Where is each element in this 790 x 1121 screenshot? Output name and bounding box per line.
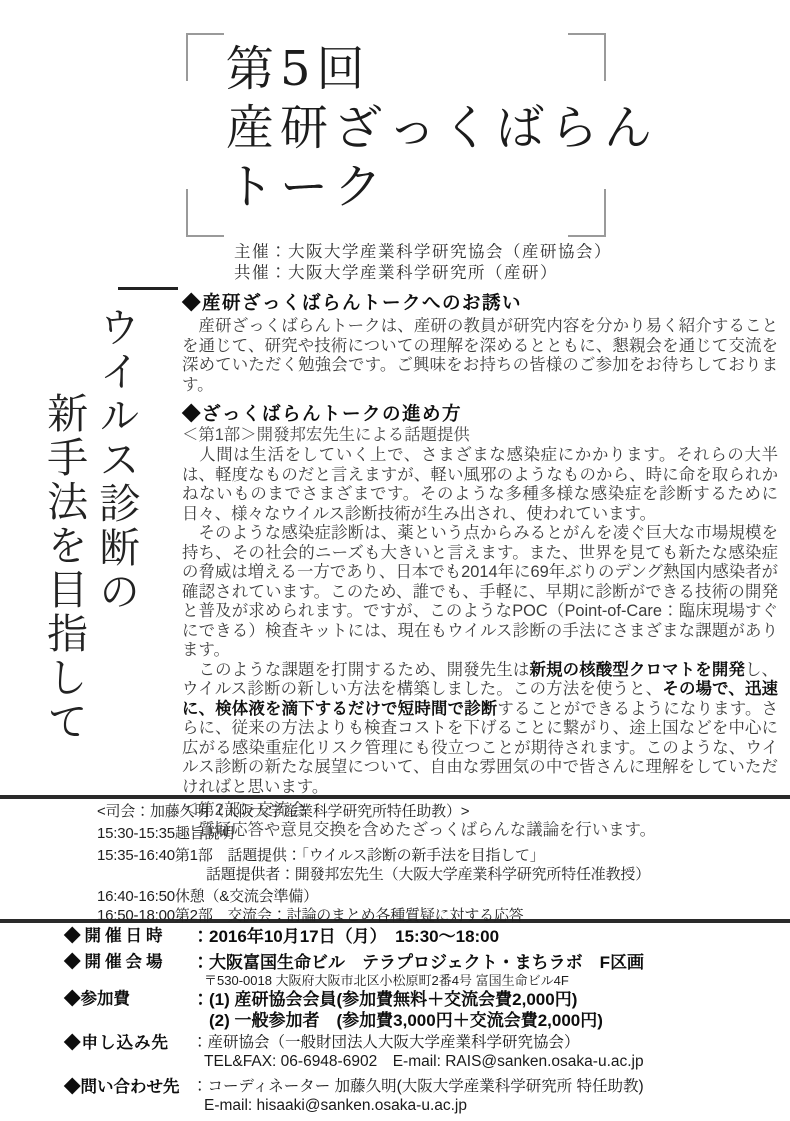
- info-row-apply: ◆申し込み先 ：産研協会（一般財団法人大阪大学産業科学研究協会） TEL&FAX…: [64, 1033, 778, 1071]
- invite-heading: ◆産研ざっくばらんトークへのお誘い: [182, 292, 778, 314]
- apply-label: ◆申し込み先: [64, 1033, 192, 1054]
- title-line-1: 第5回: [226, 40, 658, 99]
- apply-org: ：産研協会（一般財団法人大阪大学産業科学研究協会）: [192, 1033, 644, 1053]
- venue-address: 〒530-0018 大阪府大阪市北区小松原町2番4号 富国生命ビル4F: [204, 973, 644, 989]
- venue-label: ◆開催会場: [64, 952, 192, 973]
- schedule-item: 休憩（&交流会準備）: [175, 887, 318, 906]
- flyer-page: 第5回 産研ざっくばらん トーク 主催：大阪大学産業科学研究協会（産研協会） 共…: [0, 0, 790, 1121]
- schedule-section: <司会：加藤久明（大阪大学産業科学研究所特任助教）> 15:30-15:35 趣…: [97, 802, 787, 925]
- fee-line-member: ：(1) 産研協会会員(参加費無料＋交流会費2,000円): [192, 989, 603, 1010]
- schedule-time: 15:30-15:35: [97, 824, 175, 843]
- schedule-row: 16:50-18:00 第2部 交流会：討論のまとめ各種質疑に対する応答: [97, 906, 787, 925]
- apply-contact: TEL&FAX: 06-6948-6902 E-mail: RAIS@sanke…: [204, 1053, 644, 1071]
- schedule-time: 16:50-18:00: [97, 906, 175, 925]
- schedule-row-sub: 話題提供者：開發邦宏先生（大阪大学産業科学研究所特任准教授）: [206, 865, 787, 884]
- venue-name: ：大阪富国生命ビル テラプロジェクト・まちラボ F区画: [192, 952, 644, 973]
- schedule-time: 15:35-16:40: [97, 846, 175, 865]
- page-title: 第5回 産研ざっくばらん トーク: [226, 40, 658, 217]
- procedure-para-1: 人間は生活をしていく上で、さまざまな感染症にかかります。それらの大半は、軽度なも…: [182, 446, 778, 524]
- fee-line-general: (2) 一般参加者 (参加費3,000円＋交流会費2,000円): [192, 1010, 603, 1031]
- vertical-headline-line-2: 新手法を目指して: [40, 392, 87, 744]
- procedure-para-2: そのような感染症診断は、薬という点からみるとがんを凌ぐ巨大な市場規模を持ち、その…: [182, 524, 778, 661]
- schedule-item: 第1部 話題提供：「ウイルス診断の新手法を目指して」: [175, 846, 545, 865]
- organizers: 主催：大阪大学産業科学研究協会（産研協会） 共催：大阪大学産業科学研究所（産研）: [234, 241, 612, 283]
- section-tick-rule: [118, 287, 178, 290]
- divider-rule-top: [0, 795, 790, 799]
- moderator-line: <司会：加藤久明（大阪大学産業科学研究所特任助教）>: [97, 802, 787, 821]
- event-info-section: ◆開催日時 ：2016年10月17日（月） 15:30～18:00 ◆開催会場 …: [64, 926, 778, 1115]
- datetime-value: ：2016年10月17日（月） 15:30～18:00: [192, 926, 499, 947]
- info-row-inquiry: ◆問い合わせ先 ：コーディネーター 加藤久明(大阪大学産業科学研究所 特任助教)…: [64, 1077, 778, 1115]
- vertical-headline-line-1: ウイルス診断の: [92, 306, 139, 614]
- info-row-fee: ◆参加費 ：(1) 産研協会会員(参加費無料＋交流会費2,000円) (2) 一…: [64, 989, 778, 1031]
- title-line-2: 産研ざっくばらん: [226, 99, 658, 158]
- invite-body: 産研ざっくばらんトークは、産研の教員が研究内容を分かり易く紹介することを通じて、…: [182, 317, 778, 395]
- para3-segment-b-bold: 新規の核酸型クロマトを開発: [530, 661, 746, 679]
- inquiry-label: ◆問い合わせ先: [64, 1077, 192, 1098]
- main-content: ◆産研ざっくばらんトークへのお誘い 産研ざっくばらんトークは、産研の教員が研究内…: [182, 292, 778, 841]
- fee-value: ：(1) 産研協会会員(参加費無料＋交流会費2,000円) (2) 一般参加者 …: [192, 989, 603, 1031]
- schedule-time: 16:40-16:50: [97, 887, 175, 906]
- info-row-venue: ◆開催会場 ：大阪富国生命ビル テラプロジェクト・まちラボ F区画 〒530-0…: [64, 952, 778, 989]
- co-organizer-line: 共催：大阪大学産業科学研究所（産研）: [234, 262, 612, 283]
- venue-value: ：大阪富国生命ビル テラプロジェクト・まちラボ F区画 〒530-0018 大阪…: [192, 952, 644, 989]
- procedure-heading: ◆ざっくばらんトークの進め方: [182, 403, 778, 425]
- info-row-datetime: ◆開催日時 ：2016年10月17日（月） 15:30～18:00: [64, 926, 778, 947]
- part1-label: ＜第1部＞開發邦宏先生による話題提供: [182, 425, 778, 446]
- inquiry-contact: E-mail: hisaaki@sanken.osaka-u.ac.jp: [204, 1097, 644, 1115]
- schedule-item: 第2部 交流会：討論のまとめ各種質疑に対する応答: [175, 906, 524, 925]
- frame-corner-top-left-icon: [186, 33, 224, 81]
- fee-label: ◆参加費: [64, 989, 192, 1010]
- inquiry-coordinator: ：コーディネーター 加藤久明(大阪大学産業科学研究所 特任助教): [192, 1077, 644, 1097]
- schedule-item: 趣旨説明: [175, 824, 234, 843]
- inquiry-value: ：コーディネーター 加藤久明(大阪大学産業科学研究所 特任助教) E-mail:…: [192, 1077, 644, 1115]
- datetime-label: ◆開催日時: [64, 926, 192, 947]
- schedule-row: 15:30-15:35 趣旨説明: [97, 824, 787, 843]
- frame-corner-bottom-left-icon: [186, 189, 224, 237]
- schedule-row: 15:35-16:40 第1部 話題提供：「ウイルス診断の新手法を目指して」: [97, 846, 787, 865]
- procedure-para-3: このような課題を打開するため、開發先生は新規の核酸型クロマトを開発し、ウイルス診…: [182, 661, 778, 798]
- apply-value: ：産研協会（一般財団法人大阪大学産業科学研究協会） TEL&FAX: 06-69…: [192, 1033, 644, 1071]
- organizer-line: 主催：大阪大学産業科学研究協会（産研協会）: [234, 241, 612, 262]
- schedule-row: 16:40-16:50 休憩（&交流会準備）: [97, 887, 787, 906]
- title-line-3: トーク: [226, 158, 658, 217]
- para3-segment-a: このような課題を打開するため、開發先生は: [182, 661, 530, 679]
